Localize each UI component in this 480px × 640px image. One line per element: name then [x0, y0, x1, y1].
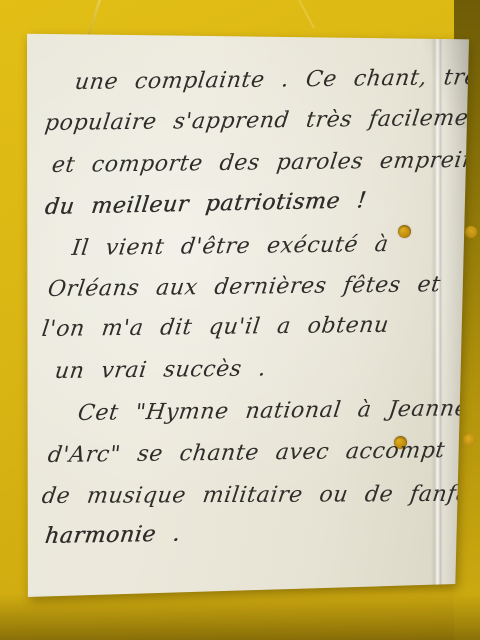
handwriting-line: Orléans aux dernières fêtes et: [46, 272, 442, 302]
handwriting-line: un vrai succès .: [53, 356, 267, 384]
handwriting-line: l'on m'a dit qu'il a obtenu: [40, 313, 390, 342]
handwriting-line: populaire s'apprend très facilement,: [43, 105, 480, 136]
letter-page-wrapper: une complainte . Ce chant, très populair…: [0, 0, 480, 640]
letter-page: une complainte . Ce chant, très populair…: [27, 32, 469, 597]
handwriting-line: Cet "Hymne national à Jeanne: [76, 396, 470, 426]
handwriting-line: d'Arc" se chante avec accompt: [46, 438, 446, 468]
handwriting-line: une complainte . Ce chant, très: [73, 65, 480, 95]
photo-background: une complainte . Ce chant, très populair…: [0, 0, 480, 640]
handwriting-line: Il vient d'être exécuté à: [70, 232, 390, 261]
handwriting-line: et comporte des paroles empreintes: [50, 147, 480, 178]
handwriting-line: du meilleur patriotisme !: [44, 188, 368, 220]
punch-hole: [398, 225, 411, 238]
handwriting-line: harmonie .: [43, 522, 181, 549]
photo-bottom-shadow: [0, 594, 480, 640]
handwriting-line: de musique militaire ou de fanfare: [40, 482, 480, 509]
